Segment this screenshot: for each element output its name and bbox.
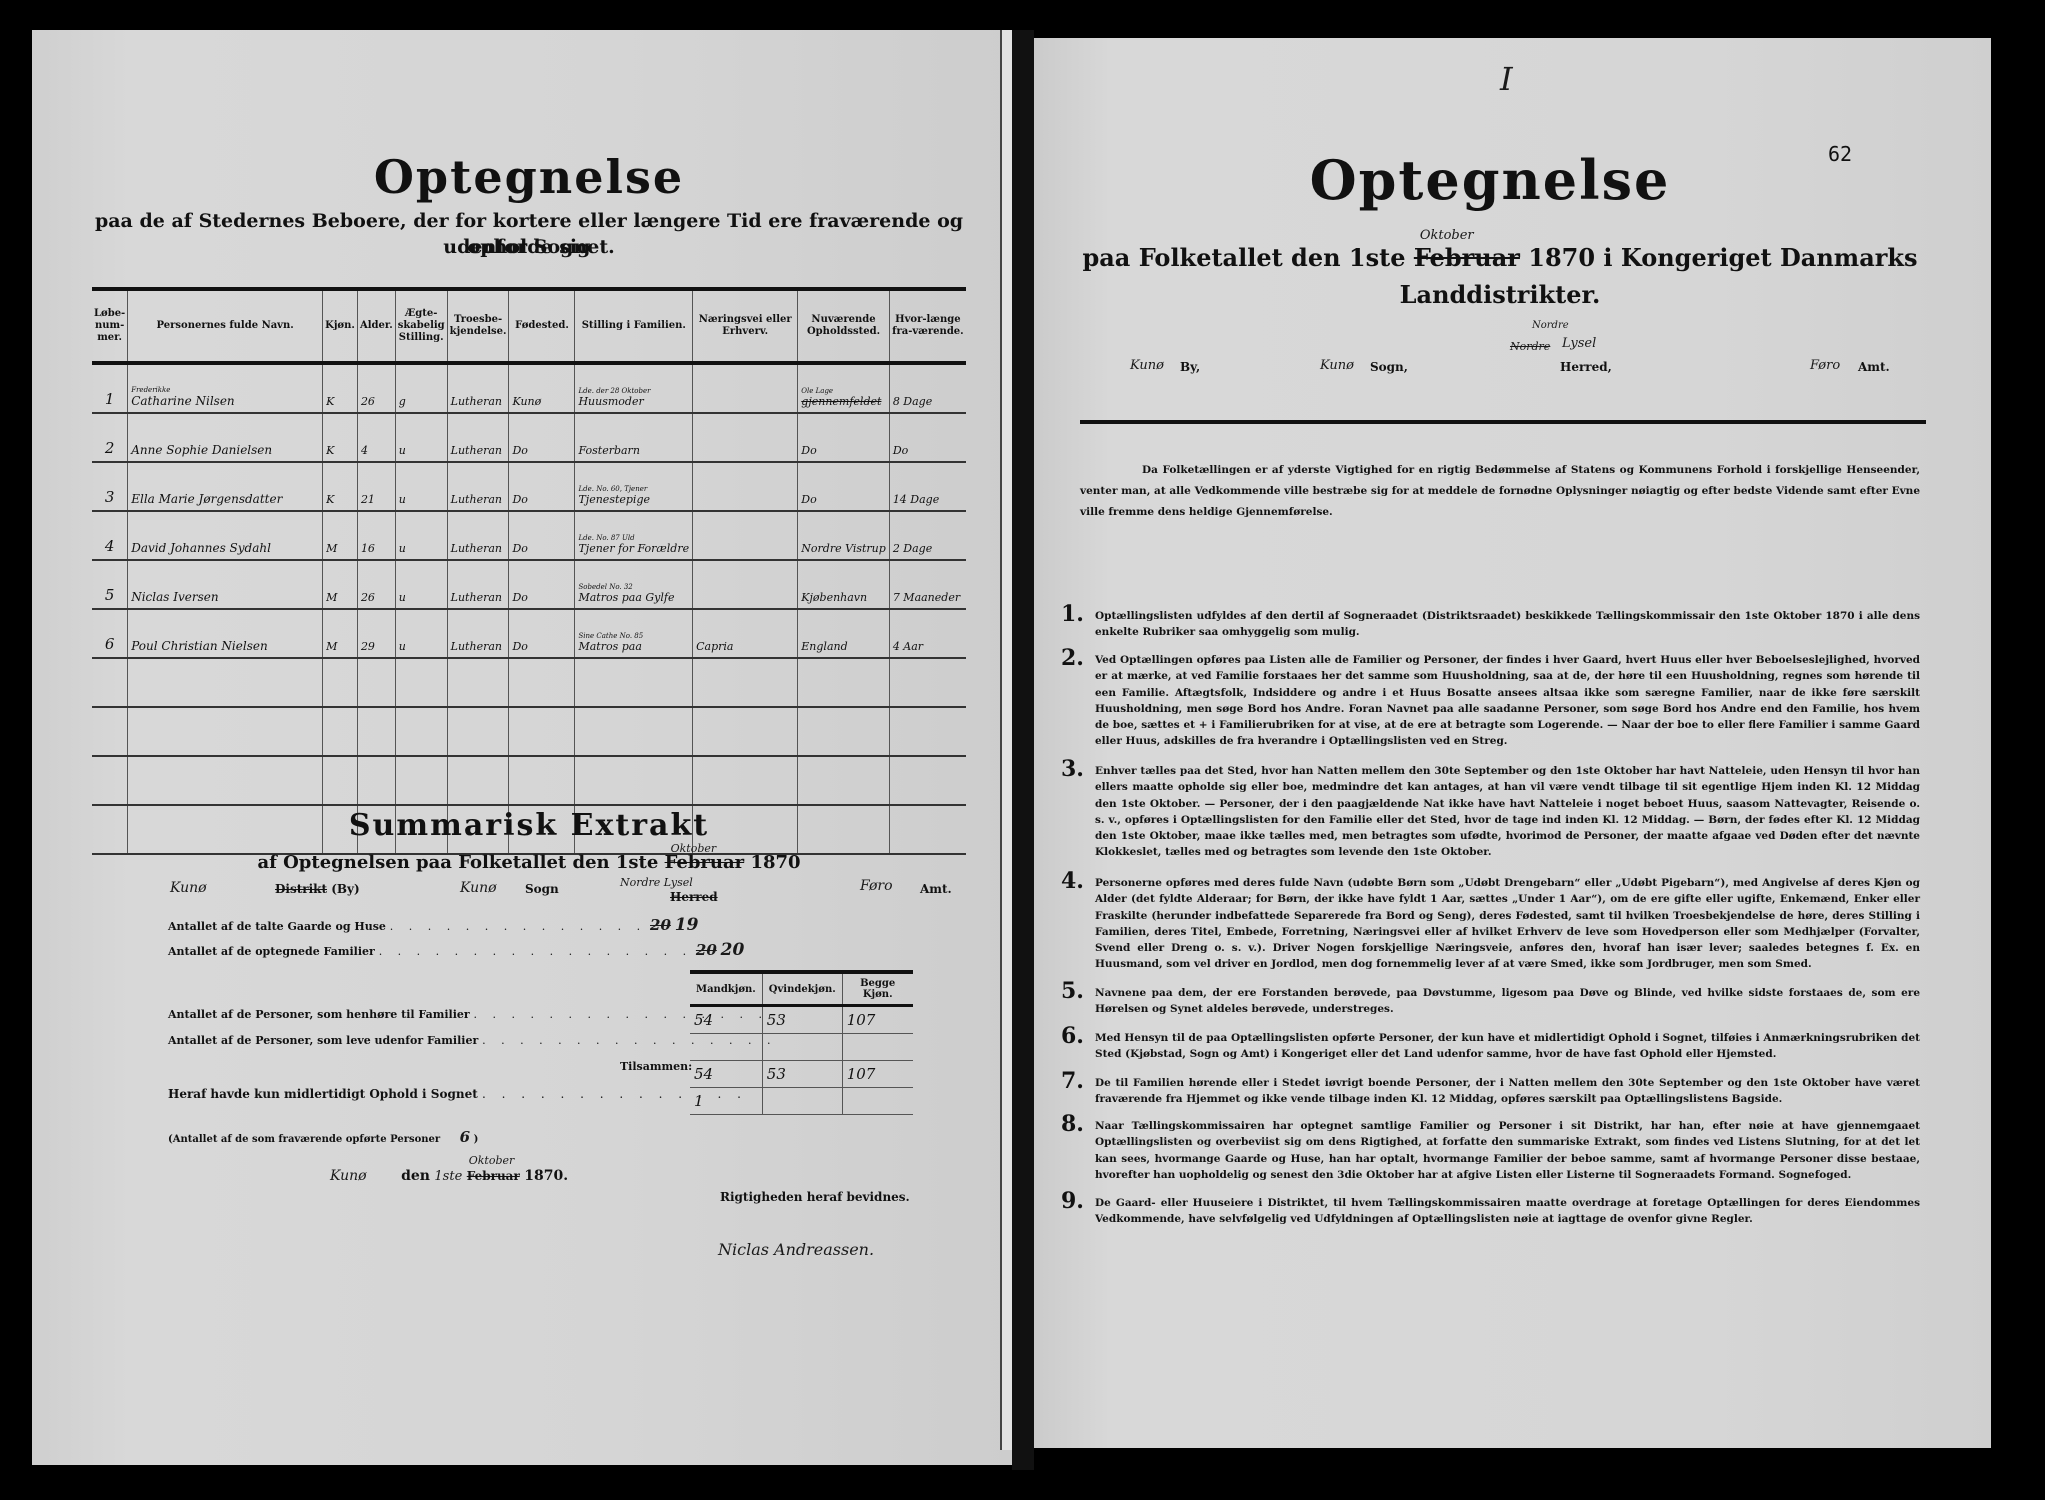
col-header-female: Qvindekjøn. <box>762 972 842 1006</box>
instruction-4: 4. Personerne opføres med deres fulde Na… <box>1095 875 1920 973</box>
cell-number: 1 <box>92 363 128 413</box>
cell-occupation <box>693 462 798 511</box>
summary-subtitle: af Optegnelsen paa Folketallet den 1ste … <box>92 850 966 876</box>
cell-sex: M <box>323 560 358 609</box>
cell-marital: u <box>395 609 447 658</box>
temporary-label: Heraf havde kun midlertidigt Ophold i So… <box>168 1087 478 1101</box>
cell-residence: Kjøbenhavn <box>798 560 890 609</box>
herred-label: Herred, <box>1560 360 1612 374</box>
family-persons-label: Antallet af de Personer, som henhøre til… <box>168 1008 470 1021</box>
col-header-name: Personernes fulde Navn. <box>128 289 323 363</box>
col-header-male: Mandkjøn. <box>690 972 762 1006</box>
cell-family-position: Lde. der 28 OktoberHuusmoder <box>575 363 693 413</box>
attestation: Rigtigheden heraf bevidnes. <box>720 1190 910 1204</box>
summary-month-inserted: Oktober <box>671 836 717 862</box>
right-month-inserted: Oktober <box>1420 223 1474 249</box>
table-row: 3 Ella Marie Jørgensdatter K 21 u Luther… <box>92 462 966 511</box>
summary-line-farms: Antallet af de talte Gaarde og Huse . . … <box>168 915 698 935</box>
cell-residence: Ole Lagegjennemfeldet <box>798 363 890 413</box>
herred-struck: Nordre <box>1510 340 1550 353</box>
col-header-current-residence: Nuværende Opholdssted. <box>798 289 890 363</box>
cell-absent-duration: 4 Aar <box>889 609 966 658</box>
cell-number: 3 <box>92 462 128 511</box>
cell-both: 107 <box>842 1006 913 1034</box>
cell-number: 2 <box>92 413 128 462</box>
cell-family-position: Lde. No. 60, TjenerTjenestepige <box>575 462 693 511</box>
absent-persons-table: Løbe-num-mer. Personernes fulde Navn. Kj… <box>92 287 966 855</box>
cell-religion: Lutheran <box>447 560 509 609</box>
cell-age: 29 <box>357 609 395 658</box>
instruction-text: De til Familien hørende eller i Stedet i… <box>1095 1077 1920 1105</box>
sogn-value: Kunø <box>460 880 497 896</box>
col-header-absent-duration: Hvor-længe fra-værende. <box>889 289 966 363</box>
instruction-text: De Gaard- eller Huuseiere i Distriktet, … <box>1095 1197 1920 1225</box>
absent-count-value: 6 <box>460 1128 470 1146</box>
family-text: Matros paa Gylfe <box>578 591 674 604</box>
residence-annotation: Ole Lage <box>801 387 886 395</box>
cell-name: Anne Sophie Danielsen <box>128 413 323 462</box>
cell-absent-duration: 7 Maaneder <box>889 560 966 609</box>
col-header-sex: Kjøn. <box>323 289 358 363</box>
cell-religion: Lutheran <box>447 609 509 658</box>
family-annotation: Lde. No. 87 Uld <box>578 534 689 542</box>
cell-marital: u <box>395 413 447 462</box>
cell-absent-duration: 8 Dage <box>889 363 966 413</box>
amt-label: Amt. <box>1858 360 1890 374</box>
cell-family-position: Lde. No. 87 UldTjener for Forældre <box>575 511 693 560</box>
cell-occupation <box>693 363 798 413</box>
cell-residence: Nordre Vistrup <box>798 511 890 560</box>
cell-age: 26 <box>357 363 395 413</box>
cell-birthplace: Do <box>509 462 575 511</box>
col-header-family-position: Stilling i Familien. <box>575 289 693 363</box>
instruction-9: 9. De Gaard- eller Huuseiere i Distrikte… <box>1095 1195 1920 1228</box>
col-header-marital: Ægte-skabelig Stilling. <box>395 289 447 363</box>
family-text: Tjener for Forældre <box>578 542 689 555</box>
instruction-number: 8. <box>1061 1116 1084 1132</box>
family-annotation: Sine Cathe No. 85 <box>578 632 689 640</box>
herred-value: Nordre Lysel <box>620 876 693 889</box>
instruction-number: 2. <box>1061 650 1084 666</box>
cell-female: 53 <box>762 1061 842 1088</box>
cell-religion: Lutheran <box>447 363 509 413</box>
instruction-number: 4. <box>1061 873 1084 889</box>
instruction-text: Ved Optællingen opføres paa Listen alle … <box>1095 654 1920 747</box>
families-value: 20 <box>721 940 745 960</box>
summary-line-families: Antallet af de optegnede Familier . . . … <box>168 940 744 960</box>
name-annotation: Frederikke <box>131 386 319 394</box>
absent-count-line: (Antallet af de som fraværende opførte P… <box>168 1128 478 1146</box>
sogn-label: Sogn, <box>1370 360 1408 374</box>
by-value: Kunø <box>1130 358 1164 373</box>
summary-label-family-persons: Antallet af de Personer, som henhøre til… <box>168 1008 787 1021</box>
cell-age: 16 <box>357 511 395 560</box>
cell-birthplace: Do <box>509 413 575 462</box>
location-fields: Kunø By, Kunø Sogn, Nordre Nordre Lysel … <box>1080 318 1930 378</box>
instruction-number: 1. <box>1061 606 1084 622</box>
cell-name: FrederikkeCatharine Nilsen <box>128 363 323 413</box>
page-edge <box>1000 30 1012 1450</box>
instruction-5: 5. Navnene paa dem, der ere Forstanden b… <box>1095 985 1920 1018</box>
family-annotation: Lde. der 28 Oktober <box>578 387 689 395</box>
cell-religion: Lutheran <box>447 511 509 560</box>
amt-label: Amt. <box>920 882 952 896</box>
instruction-8: 8. Naar Tællingskommissairen har optegne… <box>1095 1118 1920 1183</box>
cell-sex: M <box>323 609 358 658</box>
cell-both: 107 <box>842 1061 913 1088</box>
instruction-7: 7. De til Familien hørende eller i Stede… <box>1095 1075 1920 1108</box>
date-prefix: den <box>401 1168 430 1184</box>
right-title: Optegnelse <box>1100 148 1880 212</box>
families-label: Antallet af de optegnede Familier <box>168 945 375 958</box>
cell-religion: Lutheran <box>447 413 509 462</box>
right-subtitle-line2: Landdistrikter. <box>1080 282 1920 308</box>
cell-age: 21 <box>357 462 395 511</box>
leader-dots: . . . . . . . . . . . . . . . . . <box>379 945 692 958</box>
instruction-text: Med Hensyn til de paa Optællingslisten o… <box>1095 1032 1920 1060</box>
cell-religion: Lutheran <box>447 462 509 511</box>
col-header-both: Begge Kjøn. <box>842 972 913 1006</box>
cell-number: 5 <box>92 560 128 609</box>
cell-male: 54 <box>690 1061 762 1088</box>
cell-birthplace: Do <box>509 560 575 609</box>
col-header-religion: Troesbe-kjendelse. <box>447 289 509 363</box>
table-row: 5 Niclas Iversen M 26 u Lutheran Do Sobe… <box>92 560 966 609</box>
cell-age: 4 <box>357 413 395 462</box>
instruction-number: 6. <box>1061 1028 1084 1044</box>
cell-name: Niclas Iversen <box>128 560 323 609</box>
family-text: Matros paa <box>578 640 641 653</box>
cell-occupation <box>693 511 798 560</box>
cell-occupation <box>693 560 798 609</box>
family-annotation: Lde. No. 60, Tjener <box>578 485 689 493</box>
summary-header-row: Mandkjøn. Qvindekjøn. Begge Kjøn. <box>690 972 913 1006</box>
cell-absent-duration: 14 Dage <box>889 462 966 511</box>
cell-sex: K <box>323 413 358 462</box>
farms-value-struck: 20 <box>650 916 671 934</box>
cell-number: 4 <box>92 511 128 560</box>
cell-name: Ella Marie Jørgensdatter <box>128 462 323 511</box>
summary-title: Summarisk Extrakt <box>92 808 966 843</box>
sogn-value: Kunø <box>1320 358 1354 373</box>
right-subtitle-suffix: 1870 i Kongeriget Danmarks <box>1528 243 1917 272</box>
date-month: Oktober <box>469 1154 515 1167</box>
summary-label-total: Tilsammen: <box>620 1060 692 1073</box>
instruction-3: 3. Enhver tælles paa det Sted, hvor han … <box>1095 763 1920 861</box>
cell-family-position: Fosterbarn <box>575 413 693 462</box>
book-gutter <box>1012 30 1034 1470</box>
instruction-2: 2. Ved Optællingen opføres paa Listen al… <box>1095 652 1920 750</box>
by-label: By, <box>1180 360 1200 374</box>
right-subtitle-line1: paa Folketallet den 1ste Februar Oktober… <box>1080 245 1920 271</box>
cell-occupation: Capria <box>693 609 798 658</box>
leader-dots: . . . . . . . . . . . . . . <box>482 1087 747 1101</box>
name-text: Catharine Nilsen <box>131 394 234 408</box>
amt-value: Føro <box>860 878 893 894</box>
families-value-struck: 20 <box>696 941 717 959</box>
summary-year: 1870 <box>750 852 800 873</box>
residence-text: gjennemfeldet <box>801 395 881 408</box>
date-year: 1870. <box>524 1168 568 1184</box>
instruction-number: 5. <box>1061 983 1084 999</box>
date-month-struck: Februar <box>467 1169 520 1183</box>
cell-family-position: Sobedel No. 32Matros paa Gylfe <box>575 560 693 609</box>
cell-marital: u <box>395 511 447 560</box>
leader-dots: . . . . . . . . . . . . . . <box>390 920 646 933</box>
cell-residence: Do <box>798 462 890 511</box>
cell-number: 6 <box>92 609 128 658</box>
cell-name: Poul Christian Nielsen <box>128 609 323 658</box>
table-row: 1 FrederikkeCatharine Nilsen K 26 g Luth… <box>92 363 966 413</box>
table-row-empty <box>92 756 966 805</box>
leader-dots: . . . . . . . . . . . . . . . . . <box>474 1008 787 1021</box>
instruction-1: 1. Optællingslisten udfyldes af den dert… <box>1095 608 1920 641</box>
cell-marital: u <box>395 462 447 511</box>
amt-value: Føro <box>1810 358 1840 373</box>
table-row-empty <box>92 707 966 756</box>
instruction-text: Naar Tællingskommissairen har optegnet s… <box>1095 1120 1920 1181</box>
cell-residence: England <box>798 609 890 658</box>
cell-birthplace: Do <box>509 609 575 658</box>
cell-birthplace: Kunø <box>509 363 575 413</box>
cell-name: David Johannes Sydahl <box>128 511 323 560</box>
cell-occupation <box>693 413 798 462</box>
cell-sex: K <box>323 462 358 511</box>
table-row: 4 David Johannes Sydahl M 16 u Lutheran … <box>92 511 966 560</box>
cell-sex: M <box>323 511 358 560</box>
table-header-row: Løbe-num-mer. Personernes fulde Navn. Kj… <box>92 289 966 363</box>
signature: Niclas Andreassen. <box>718 1240 874 1259</box>
cell-marital: g <box>395 363 447 413</box>
cell-absent-duration: Do <box>889 413 966 462</box>
herred-value: Lysel <box>1562 336 1596 351</box>
district-label: (By) <box>331 882 359 896</box>
table-row: 2 Anne Sophie Danielsen K 4 u Lutheran D… <box>92 413 966 462</box>
place-value: Kunø <box>330 1168 367 1184</box>
district-value: Kunø <box>170 880 207 896</box>
summary-location-line: Kunø Distrikt (By) Kunø Sogn Nordre Lyse… <box>150 876 970 906</box>
family-annotation: Sobedel No. 32 <box>578 583 689 591</box>
cell-absent-duration: 2 Dage <box>889 511 966 560</box>
date-day: 1ste <box>434 1169 462 1184</box>
instruction-number: 9. <box>1061 1193 1084 1209</box>
col-header-age: Alder. <box>357 289 395 363</box>
page-mark: I <box>1500 60 1513 98</box>
instruction-number: 7. <box>1061 1073 1084 1089</box>
intro-paragraph: Da Folketællingen er af yderste Vigtighe… <box>1080 460 1920 523</box>
farms-value: 19 <box>675 915 699 935</box>
summary-row-total: 54 53 107 <box>690 1061 913 1088</box>
instruction-6: 6. Med Hensyn til de paa Optællingsliste… <box>1095 1030 1920 1063</box>
left-title: Optegnelse <box>92 150 966 204</box>
farms-label: Antallet af de talte Gaarde og Huse <box>168 920 386 933</box>
left-subtitle-line2: udenfor Sognet. <box>92 234 966 260</box>
leader-dots: . . . . . . . . . . . . . . . . <box>482 1034 776 1047</box>
instruction-text: Navnene paa dem, der ere Forstanden berø… <box>1095 987 1920 1015</box>
instruction-text: Optællingslisten udfyldes af den dertil … <box>1095 610 1920 638</box>
summary-subtitle-prefix: af Optegnelsen paa Folketallet den 1ste <box>257 852 658 873</box>
sogn-label: Sogn <box>525 882 559 896</box>
cell-both <box>842 1034 913 1061</box>
absent-count-label: (Antallet af de som fraværende opførte P… <box>168 1134 440 1145</box>
table-row: 6 Poul Christian Nielsen M 29 u Lutheran… <box>92 609 966 658</box>
herred-label-struck: Herred <box>670 890 718 904</box>
nonfamily-persons-label: Antallet af de Personer, som leve udenfo… <box>168 1034 478 1047</box>
district-label-struck: Distrikt <box>275 882 327 896</box>
cell-family-position: Sine Cathe No. 85Matros paa <box>575 609 693 658</box>
right-subtitle-prefix: paa Folketallet den 1ste <box>1082 243 1405 272</box>
instruction-number: 3. <box>1061 761 1084 777</box>
date-line: Kunø den 1ste Februar Oktober 1870. <box>330 1168 650 1184</box>
instruction-text: Personerne opføres med deres fulde Navn … <box>1095 877 1920 970</box>
summary-label-temporary: Heraf havde kun midlertidigt Ophold i So… <box>168 1087 747 1101</box>
cell-residence: Do <box>798 413 890 462</box>
family-text: Huusmoder <box>578 395 643 408</box>
family-text: Tjenestepige <box>578 493 650 506</box>
table-row-empty <box>92 658 966 707</box>
cell-marital: u <box>395 560 447 609</box>
col-header-occupation: Næringsvei eller Erhverv. <box>693 289 798 363</box>
cell-sex: K <box>323 363 358 413</box>
col-header-number: Løbe-num-mer. <box>92 289 128 363</box>
herred-inserted: Nordre <box>1532 320 1569 331</box>
summary-label-nonfamily-persons: Antallet af de Personer, som leve udenfo… <box>168 1034 777 1047</box>
col-header-birthplace: Fødested. <box>509 289 575 363</box>
instruction-text: Enhver tælles paa det Sted, hvor han Nat… <box>1095 765 1920 858</box>
header-rule <box>1080 420 1926 424</box>
cell-age: 26 <box>357 560 395 609</box>
cell-birthplace: Do <box>509 511 575 560</box>
